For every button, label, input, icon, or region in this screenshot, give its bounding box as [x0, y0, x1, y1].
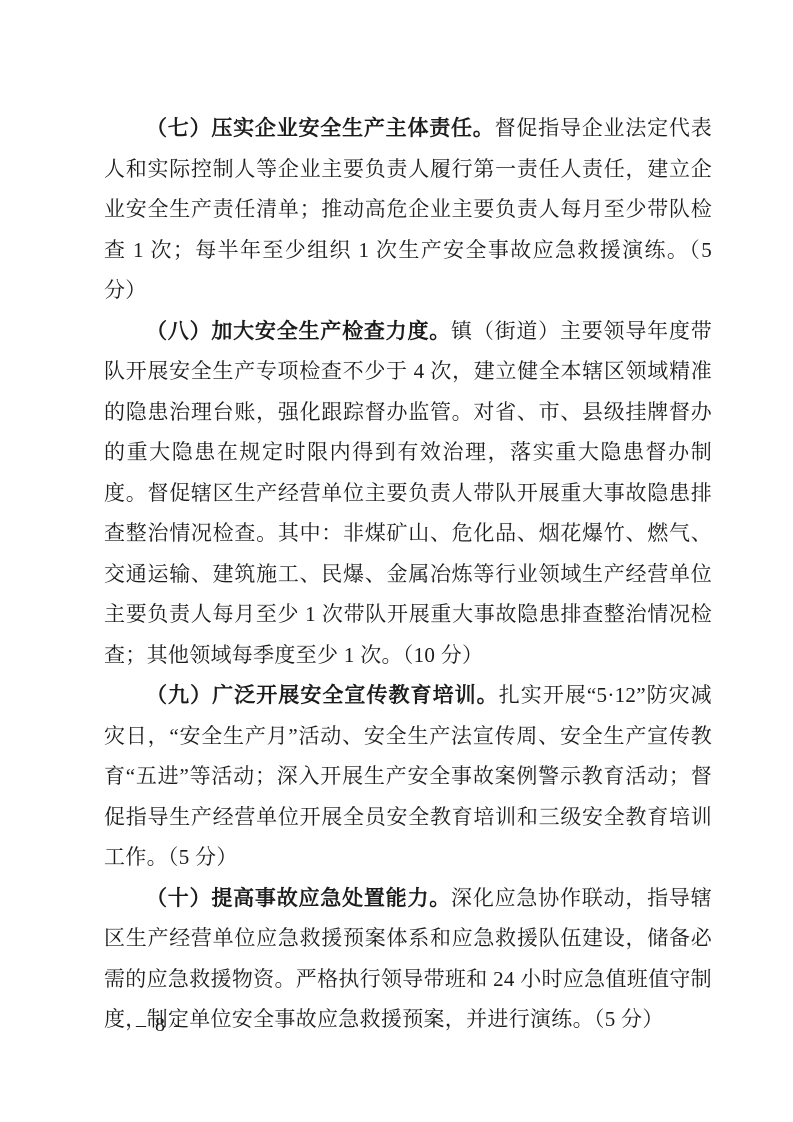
paragraph-item-9: （九）广泛开展安全宣传教育培训。扎实开展“5·12”防灾减灾日，“安全生产月”活…: [104, 675, 712, 878]
paragraph-lead: （十）提高事故应急处置能力。: [146, 886, 451, 910]
paragraph-body: 镇（街道）主要领导年度带队开展安全生产专项检查不少于 4 次，建立健全本辖区领域…: [104, 319, 712, 667]
paragraph-lead: （八）加大安全生产检查力度。: [146, 319, 451, 343]
paragraph-body: 督促指导企业法定代表人和实际控制人等企业主要负责人履行第一责任人责任，建立企业安…: [104, 116, 712, 302]
paragraph-lead: （七）压实企业安全生产主体责任。: [146, 116, 495, 140]
paragraph-body: 扎实开展“5·12”防灾减灾日，“安全生产月”活动、安全生产法宣传周、安全生产宣…: [104, 683, 712, 869]
paragraph-item-10: （十）提高事故应急处置能力。深化应急协作联动，指导辖区生产经营单位应急救援预案体…: [104, 878, 712, 1040]
document-page: （七）压实企业安全生产主体责任。督促指导企业法定代表人和实际控制人等企业主要负责…: [0, 0, 793, 1122]
paragraph-item-8: （八）加大安全生产检查力度。镇（街道）主要领导年度带队开展安全生产专项检查不少于…: [104, 311, 712, 676]
paragraph-item-7: （七）压实企业安全生产主体责任。督促指导企业法定代表人和实际控制人等企业主要负责…: [104, 108, 712, 311]
page-number: – 8 –: [136, 1011, 186, 1039]
paragraph-lead: （九）广泛开展安全宣传教育培训。: [146, 683, 499, 707]
document-body: （七）压实企业安全生产主体责任。督促指导企业法定代表人和实际控制人等企业主要负责…: [104, 108, 712, 1040]
